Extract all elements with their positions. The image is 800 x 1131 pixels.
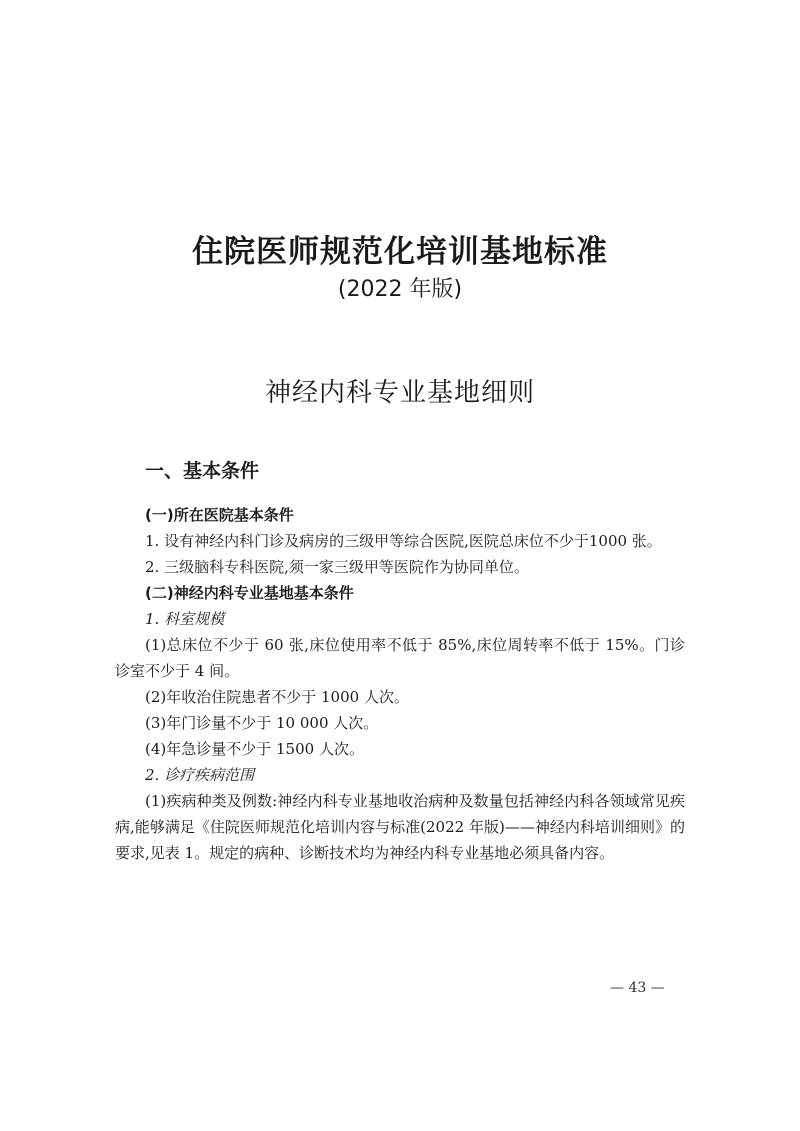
subsection-heading: (二)神经内科专业基地基本条件 <box>115 580 685 606</box>
document-edition: (2022 年版) <box>0 272 800 303</box>
group-heading: 2. 诊疗疾病范围 <box>115 762 685 788</box>
document-body: 一、基本条件 (一)所在医院基本条件 1. 设有神经内科门诊及病房的三级甲等综合… <box>115 458 685 866</box>
paragraph: (4)年急诊量不少于 1500 人次。 <box>115 736 685 762</box>
page-number: — 43 — <box>610 980 665 996</box>
document-subtitle: 神经内科专业基地细则 <box>0 372 800 409</box>
paragraph: 1. 设有神经内科门诊及病房的三级甲等综合医院,医院总床位不少于1000 张。 <box>115 528 685 554</box>
section-heading: 一、基本条件 <box>145 458 685 484</box>
paragraph: (1)疾病种类及例数:神经内科专业基地收治病种及数量包括神经内科各领域常见疾病,… <box>115 788 685 866</box>
paragraph: 2. 三级脑科专科医院,须一家三级甲等医院作为协同单位。 <box>115 554 685 580</box>
document-title: 住院医师规范化培训基地标准 <box>0 226 800 271</box>
paragraph: (1)总床位不少于 60 张,床位使用率不低于 85%,床位周转率不低于 15%… <box>115 632 685 684</box>
paragraph: (3)年门诊量不少于 10 000 人次。 <box>115 710 685 736</box>
subsection-heading: (一)所在医院基本条件 <box>115 502 685 528</box>
paragraph: (2)年收治住院患者不少于 1000 人次。 <box>115 684 685 710</box>
group-heading: 1. 科室规模 <box>115 606 685 632</box>
